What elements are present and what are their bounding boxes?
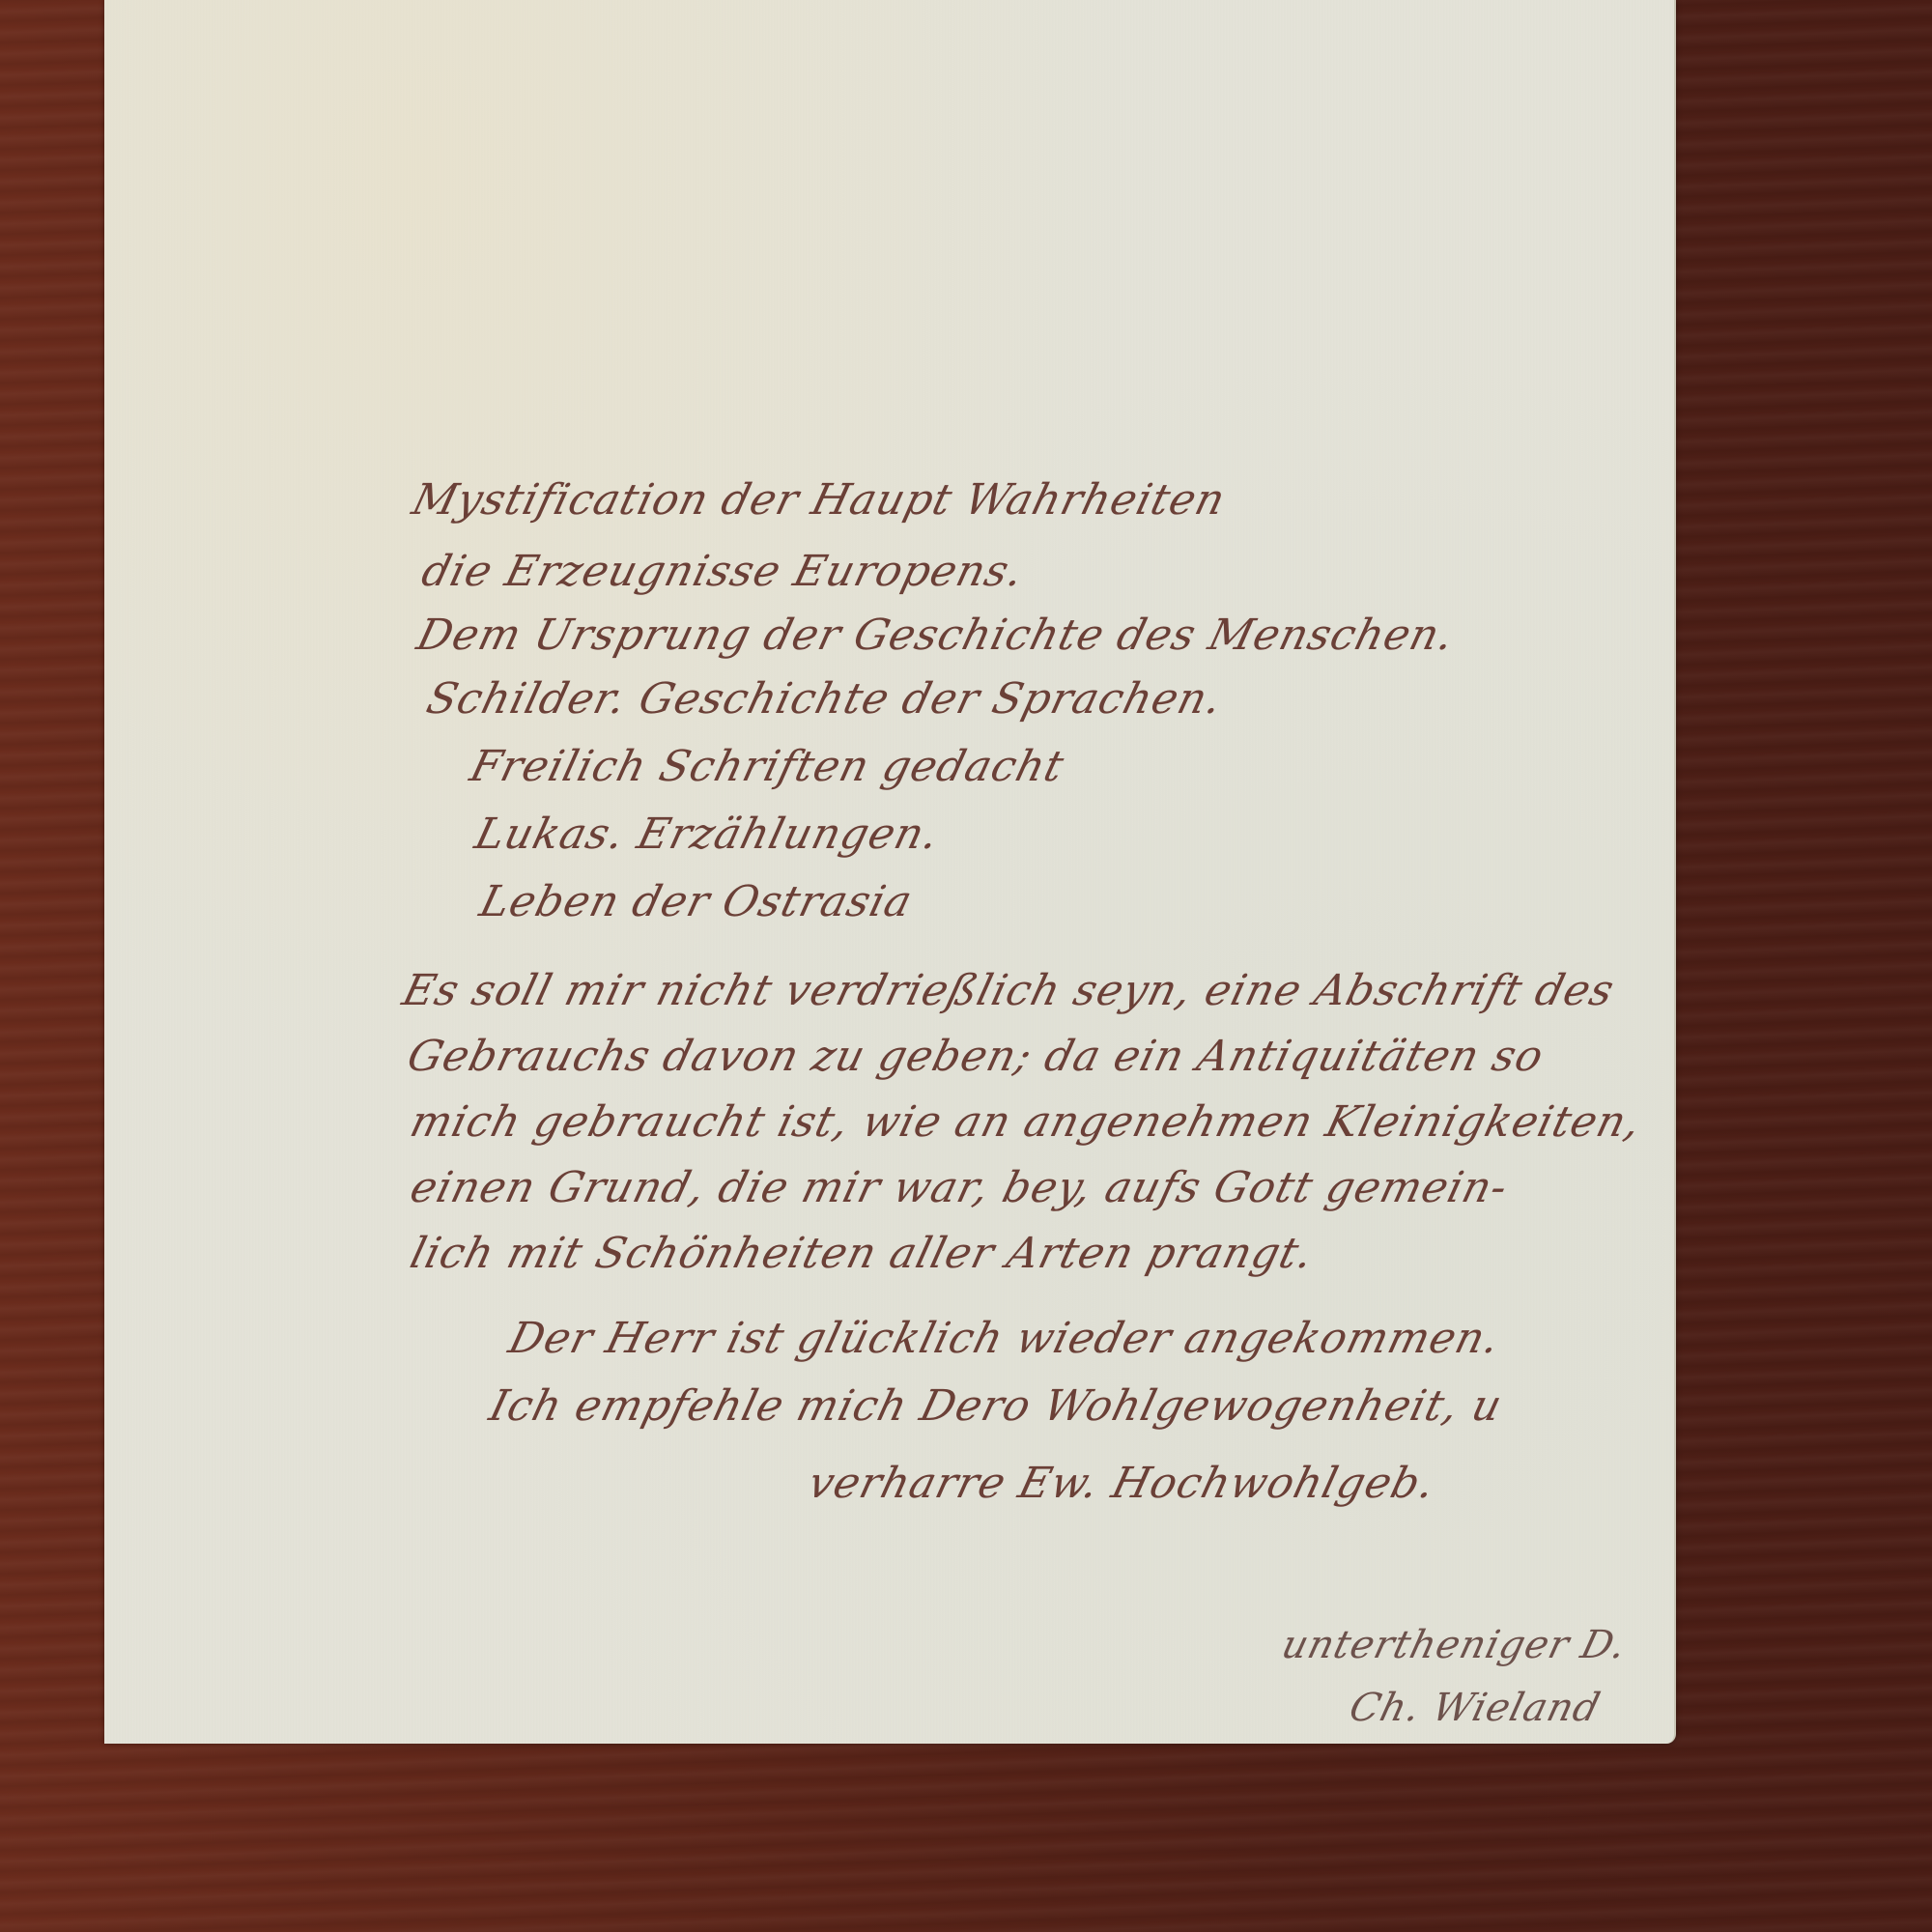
body-line: einen Grund, die mir war, bey, aufs Gott…: [406, 1163, 1514, 1212]
body-line: Es soll mir nicht verdrießlich seyn, ein…: [398, 966, 1620, 1015]
list-line: die Erzeugnisse Europens.: [417, 547, 1030, 596]
list-line: Freilich Schriften gedacht: [466, 742, 1069, 791]
list-line: Mystification der Haupt Wahrheiten: [408, 475, 1231, 525]
body-line: Gebrauchs davon zu geben; da ein Antiqui…: [403, 1032, 1549, 1081]
closing-line: verharre Ew. Hochwohlgeb.: [804, 1459, 1441, 1508]
body-line: lich mit Schönheiten aller Arten prangt.: [406, 1229, 1320, 1278]
manuscript-page: Mystification der Haupt Wahrheiten die E…: [104, 0, 1676, 1744]
closing-line: Der Herr ist glücklich wieder angekommen…: [504, 1314, 1506, 1363]
list-line: Lukas. Erzählungen.: [470, 810, 945, 859]
signature-valediction: untertheniger D.: [1277, 1623, 1631, 1667]
list-line: Dem Ursprung der Geschichte des Menschen…: [412, 611, 1460, 660]
body-line: mich gebraucht ist, wie an angenehmen Kl…: [406, 1097, 1647, 1147]
list-line: Schilder. Geschichte der Sprachen.: [422, 674, 1228, 724]
signature-name: Ch. Wieland: [1345, 1686, 1605, 1730]
list-line: Leben der Ostrasia: [475, 877, 918, 926]
closing-line: Ich empfehle mich Dero Wohlgewogenheit, …: [485, 1381, 1508, 1431]
